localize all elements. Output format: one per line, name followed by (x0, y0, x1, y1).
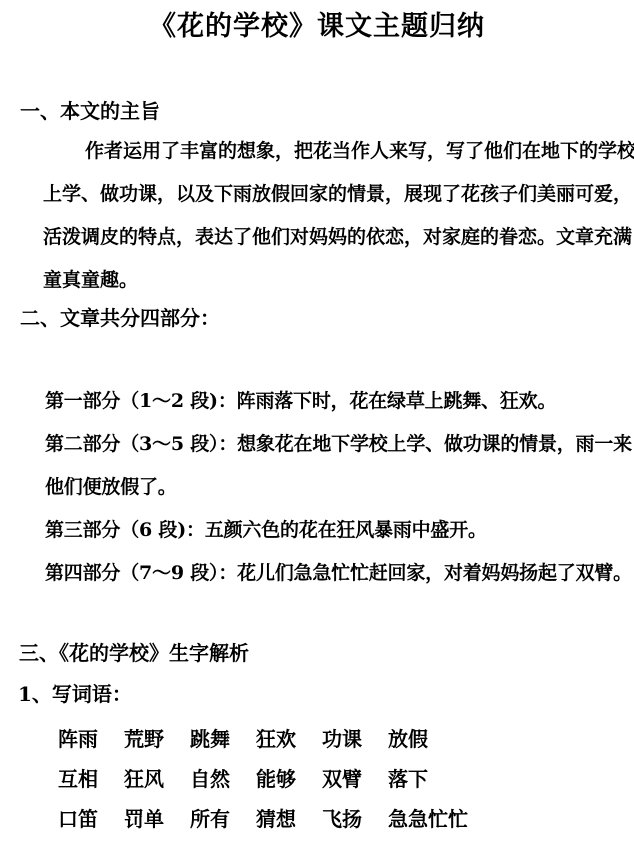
page-title: 《花的学校》课文主题归纳 (0, 6, 634, 48)
vocab-word-table: 阵雨 荒野 跳舞 狂欢 功课 放假 互相 狂风 自然 能够 双臂 落下 口笛 罚… (58, 719, 468, 839)
vocab-word: 口笛 (58, 799, 98, 839)
vocab-word: 双臂 (322, 759, 362, 799)
vocab-word: 急急忙忙 (388, 799, 468, 839)
vocab-word: 所有 (190, 799, 230, 839)
vocab-word: 自然 (190, 759, 230, 799)
paragraph-line: 上学、做功课，以及下雨放假回家的情景，展现了花孩子们美丽可爱， (43, 173, 634, 216)
vocab-word: 功课 (322, 719, 362, 759)
vocab-word: 狂欢 (256, 719, 296, 759)
section-heading-vocab: 三、《花的学校》生字解析 (19, 632, 249, 675)
vocab-word: 能够 (256, 759, 296, 799)
word-row: 互相 狂风 自然 能够 双臂 落下 (58, 759, 468, 799)
section-heading-structure: 二、文章共分四部分： (20, 297, 220, 340)
vocab-word: 跳舞 (190, 719, 230, 759)
structure-part-line: 第四部分（7～9 段）：花儿们急急忙忙赶回家，对着妈妈扬起了双臂。 (45, 552, 632, 595)
vocab-word: 放假 (388, 719, 428, 759)
section-heading-main-idea: 一、本文的主旨 (20, 90, 160, 133)
structure-part-line: 第一部分（1～2 段)：阵雨落下时，花在绿草上跳舞、狂欢。 (45, 380, 632, 423)
document-page: 《花的学校》课文主题归纳 一、本文的主旨 作者运用了丰富的想象，把花当作人来写，… (0, 0, 634, 863)
vocab-word: 互相 (58, 759, 98, 799)
main-idea-paragraph: 作者运用了丰富的想象，把花当作人来写，写了他们在地下的学校 上学、做功课，以及下… (43, 130, 634, 302)
structure-part-line: 第三部分（6 段)：五颜六色的花在狂风暴雨中盛开。 (45, 509, 632, 552)
word-row: 口笛 罚单 所有 猜想 飞扬 急急忙忙 (58, 799, 468, 839)
vocab-word: 落下 (388, 759, 428, 799)
vocab-word: 阵雨 (58, 719, 98, 759)
paragraph-line: 活泼调皮的特点，表达了他们对妈妈的依恋，对家庭的眷恋。文章充满 (43, 216, 634, 259)
vocab-word: 飞扬 (322, 799, 362, 839)
vocab-subheading: 1、写词语： (18, 673, 132, 716)
word-row: 阵雨 荒野 跳舞 狂欢 功课 放假 (58, 719, 468, 759)
structure-part-line: 第二部分（3～5 段）：想象花在地下学校上学、做功课的情景，雨一来 (45, 423, 632, 466)
vocab-word: 罚单 (124, 799, 164, 839)
vocab-word: 荒野 (124, 719, 164, 759)
structure-part-list: 第一部分（1～2 段)：阵雨落下时，花在绿草上跳舞、狂欢。 第二部分（3～5 段… (45, 380, 632, 595)
paragraph-line: 童真童趣。 (43, 259, 634, 302)
vocab-word: 猜想 (256, 799, 296, 839)
vocab-word: 狂风 (124, 759, 164, 799)
structure-part-line: 他们便放假了。 (45, 466, 632, 509)
paragraph-line: 作者运用了丰富的想象，把花当作人来写，写了他们在地下的学校 (43, 130, 634, 173)
